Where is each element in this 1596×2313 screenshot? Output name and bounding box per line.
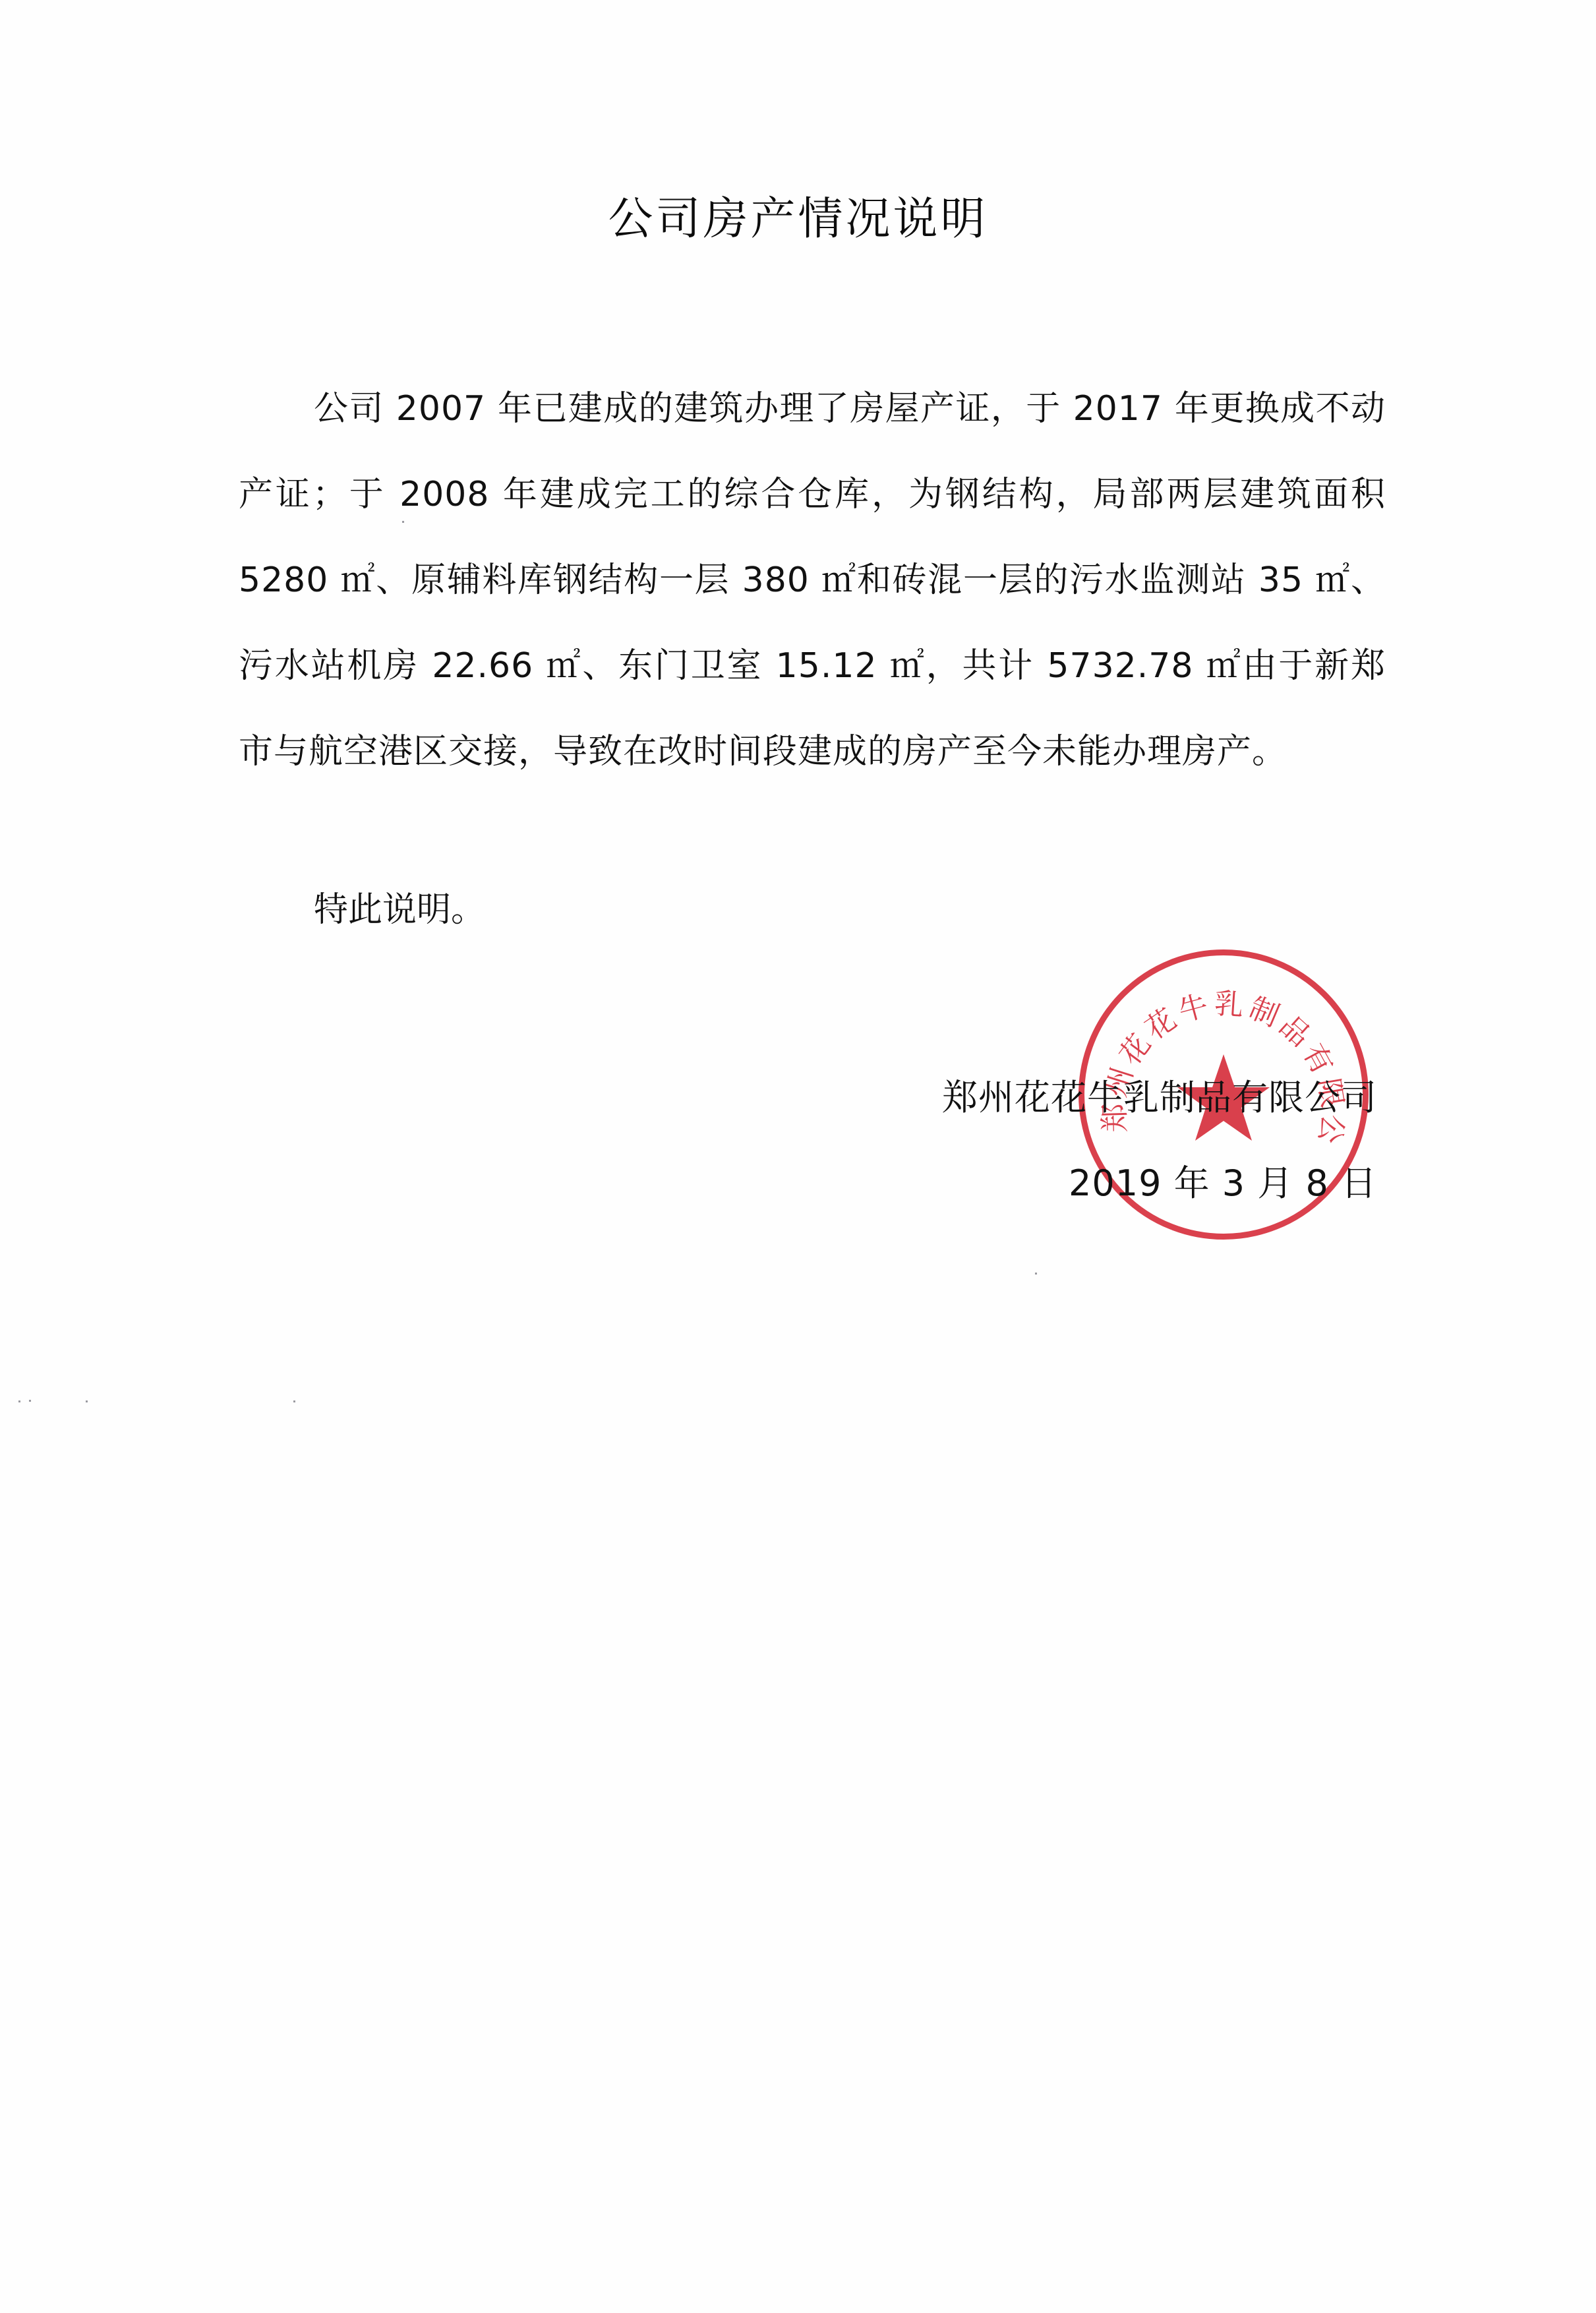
scan-artifact (402, 521, 404, 523)
document-body: 公司 2007 年已建成的建筑办理了房屋产证，于 2017 年更换成不动产证；于… (239, 366, 1386, 795)
signature-date: 2019 年 3 月 8 日 (942, 1141, 1377, 1226)
signature-company: 郑州花花牛乳制品有限公司 (942, 1055, 1377, 1141)
body-paragraph: 公司 2007 年已建成的建筑办理了房屋产证，于 2017 年更换成不动产证；于… (239, 366, 1386, 795)
closing-statement: 特此说明。 (314, 877, 485, 943)
signature-block: 郑州花花牛乳制品有限公司 2019 年 3 月 8 日 (942, 1055, 1377, 1226)
scan-artifact (86, 1400, 88, 1402)
scan-artifact (29, 1400, 31, 1402)
document-page: 公司房产情况说明 公司 2007 年已建成的建筑办理了房屋产证，于 2017 年… (0, 0, 1596, 2313)
document-title: 公司房产情况说明 (0, 190, 1596, 249)
scan-artifact (293, 1400, 295, 1402)
scan-artifact (18, 1400, 20, 1402)
scan-artifact (1035, 1273, 1037, 1275)
